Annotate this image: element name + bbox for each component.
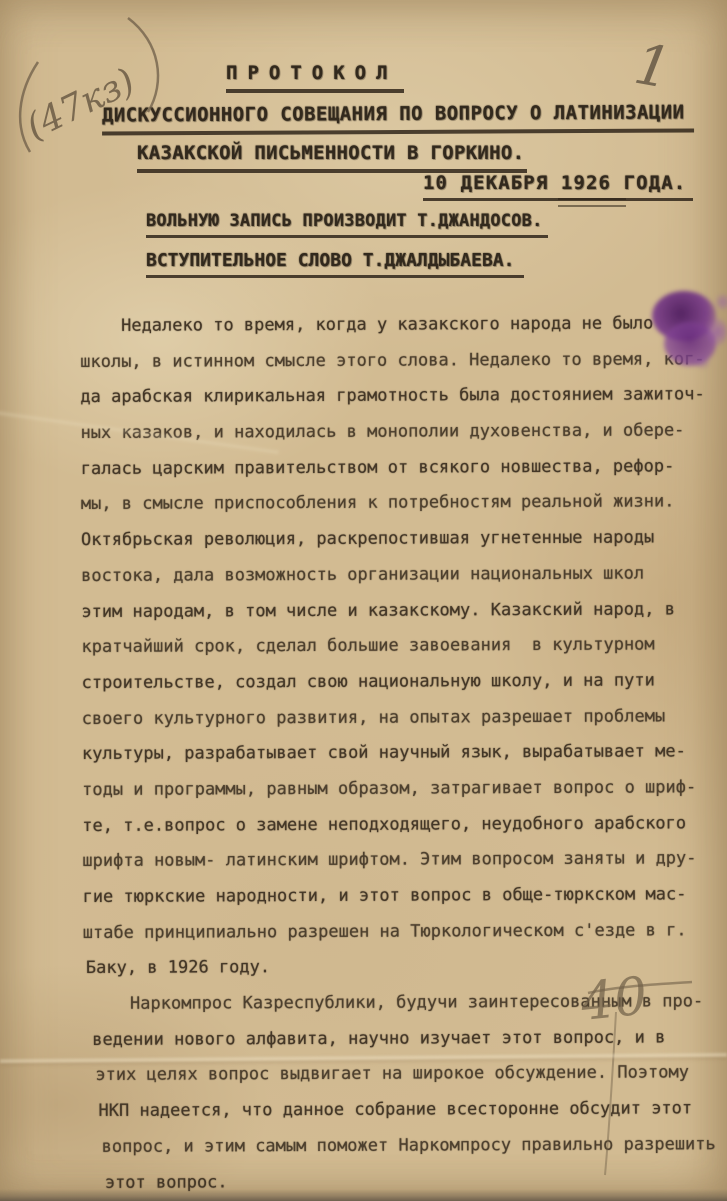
body-text: Недалеко то время, когда у казакского на… — [80, 306, 727, 1201]
body-line: этим народам, в том числе и казакскому. … — [81, 591, 727, 630]
body-line: востока, дала возможность организации на… — [81, 556, 727, 595]
body-line: те, т.е.вопрос о замене неподходящего, н… — [82, 805, 727, 844]
page-bottom-edge — [0, 1189, 727, 1201]
recorder-line: ВОЛЬНУЮ ЗАПИСЬ ПРОИЗВОДИТ Т.ДЖАНДОСОВ. — [146, 211, 548, 238]
archival-paren-icon — [20, 62, 38, 152]
body-line: тоды и программы, равным образом, затраг… — [82, 770, 727, 809]
page-number-mark: 1 — [630, 32, 676, 102]
body-line: мы, в смысле приспособления к потребност… — [81, 484, 727, 523]
opening-line: ВСТУПИТЕЛЬНОЕ СЛОВО Т.ДЖАЛДЫБАЕВА. — [146, 250, 524, 278]
body-line: Октябрьская революция, раскрепостившая у… — [81, 520, 727, 559]
document-subtitle-line1: ДИСКУССИОННОГО СОВЕЩАНИЯ ПО ВОПРОСУ О ЛА… — [102, 101, 694, 135]
body-line: да арабская клирикальная грамотность был… — [80, 377, 727, 416]
body-line: Наркомпрос Казреспублики, будучи заинтер… — [89, 984, 727, 1023]
body-line: Недалеко то время, когда у казакского на… — [80, 306, 727, 345]
body-line: штабе принципиально разрешен на Тюрколог… — [83, 913, 727, 952]
body-line: кратчайший срок, сделал большие завоеван… — [81, 627, 727, 666]
body-line: шрифта новым- латинским шрифтом. Этим во… — [82, 841, 727, 880]
archival-paren-icon — [128, 18, 158, 112]
body-line: своего культурного развития, на опытах р… — [82, 698, 727, 737]
body-line: гие тюркские народности, и этот вопрос в… — [82, 877, 727, 916]
date-underline-mark — [558, 198, 626, 207]
body-line: НКП надеется, что данное собрание всесто… — [98, 1091, 727, 1130]
document-subtitle-line2: КАЗАКСКОЙ ПИСЬМЕННОСТИ В ГОРКИНО. — [137, 142, 527, 173]
body-line: вопрос, и этим самым поможет Наркомпросу… — [102, 1127, 727, 1166]
body-line: культуры, разрабатывает свой научный язы… — [82, 734, 727, 773]
body-line: строительстве, создал свою национальную … — [82, 663, 727, 702]
document-date: 10 ДЕКАБРЯ 1926 ГОДА. — [423, 172, 693, 201]
body-line: ных казаков, и находилась в монополии ду… — [80, 413, 727, 452]
body-line: Баку, в 1926 году. — [86, 948, 727, 987]
document-title: ПРОТОКОЛ — [226, 62, 404, 93]
body-line: школы, в истинном смысле этого слова. Не… — [80, 342, 727, 381]
body-line: ведении нового алфавита, научно изучает … — [92, 1020, 727, 1059]
body-line: галась царским правительством от всякого… — [81, 449, 727, 488]
document-page: ПРОТОКОЛ ДИСКУССИОННОГО СОВЕЩАНИЯ ПО ВОП… — [0, 0, 727, 1201]
